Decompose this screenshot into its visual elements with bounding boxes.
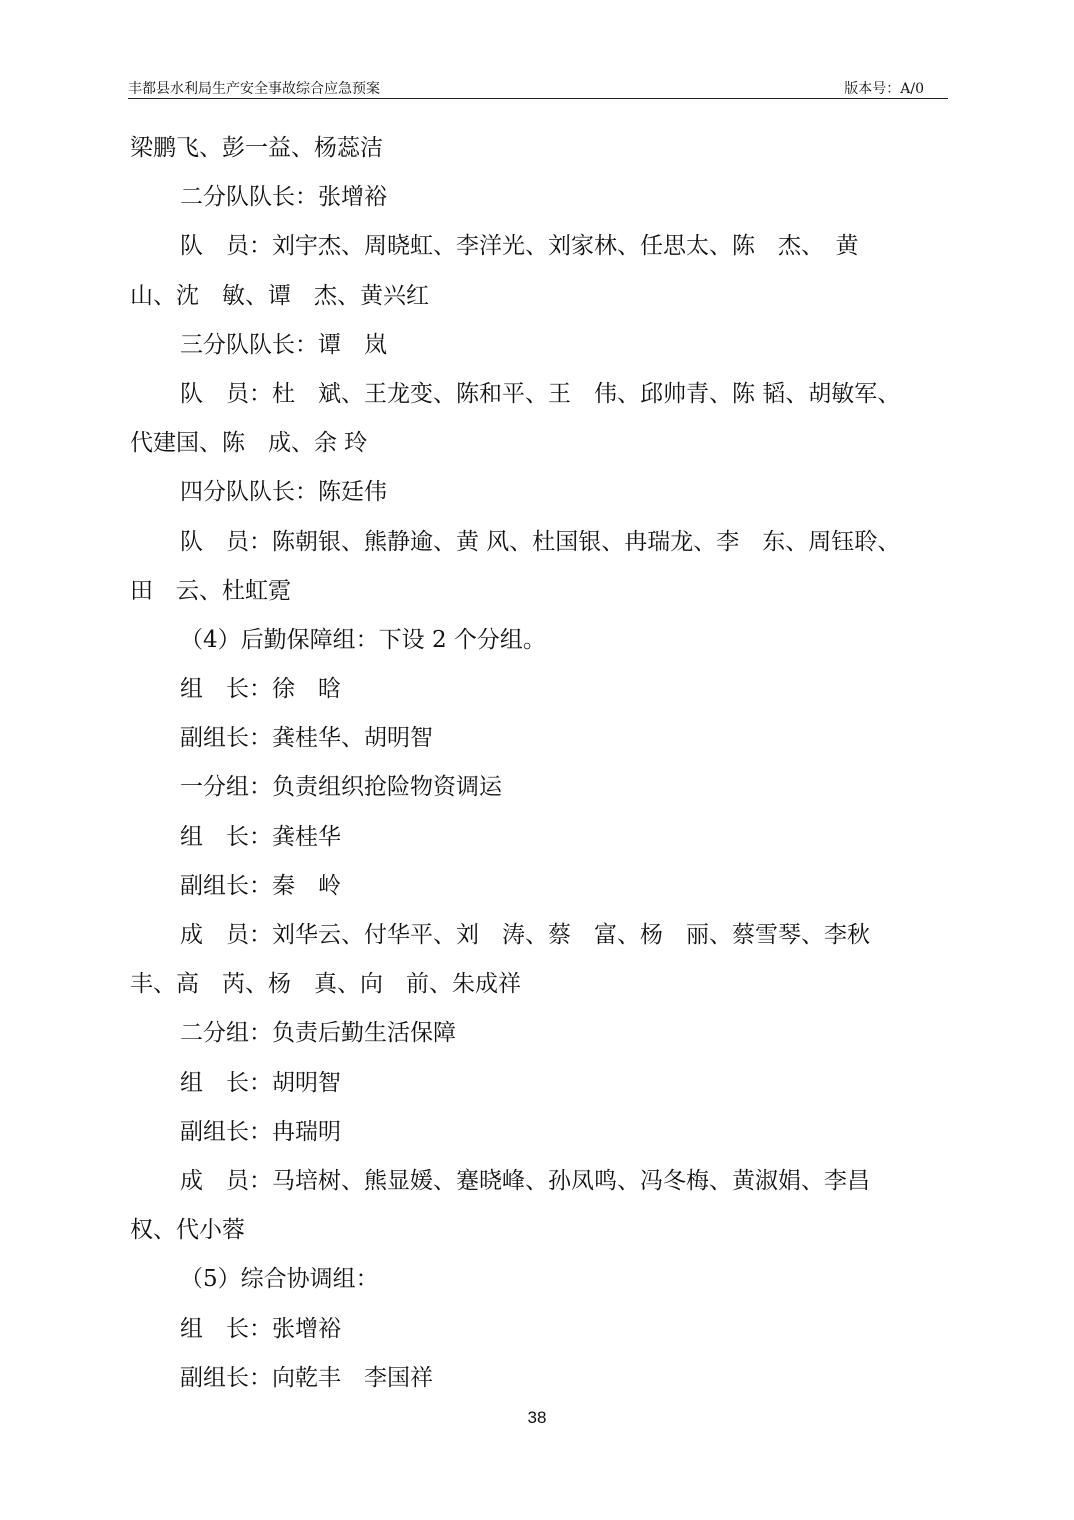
document-title: 丰都县水利局生产安全事故综合应急预案 [128, 78, 380, 98]
logistics-leader: 组 长：徐 晗 [130, 665, 950, 714]
document-body: 梁鹏飞、彭一益、杨蕊洁 二分队队长：张增裕 队 员：刘宇杰、周晓虹、李洋光、刘家… [130, 124, 950, 1403]
subgroup1-leader: 组 长：龚桂华 [130, 813, 950, 862]
text-line: 代建国、陈 成、余 玲 [130, 419, 950, 468]
subgroup1-deputy: 副组长：秦 岭 [130, 862, 950, 911]
subgroup1-duty: 一分组：负责组织抢险物资调运 [130, 763, 950, 812]
subgroup2-deputy: 副组长：冉瑞明 [130, 1108, 950, 1157]
text-line: 山、沈 敏、谭 杰、黄兴红 [130, 272, 950, 321]
subgroup2-leader: 组 长：胡明智 [130, 1059, 950, 1108]
page-number: 38 [0, 1408, 1074, 1428]
section-heading-coordination: （5）综合协调组： [130, 1255, 950, 1304]
team4-members: 队 员：陈朝银、熊静逾、黄 风、杜国银、冉瑞龙、李 东、周钰聆、 [130, 518, 950, 567]
section-heading-logistics: （4）后勤保障组：下设 2 个分组。 [130, 616, 950, 665]
version-number: 版本号：A/0 [844, 78, 924, 98]
page-header: 丰都县水利局生产安全事故综合应急预案 版本号：A/0 [128, 76, 948, 99]
coordination-deputy: 副组长：向乾丰 李国祥 [130, 1354, 950, 1403]
team2-members: 队 员：刘宇杰、周晓虹、李洋光、刘家林、任思太、陈 杰、 黄 [130, 222, 950, 271]
text-line: 丰、高 芮、杨 真、向 前、朱成祥 [130, 960, 950, 1009]
text-line: 梁鹏飞、彭一益、杨蕊洁 [130, 124, 950, 173]
subgroup1-members: 成 员：刘华云、付华平、刘 涛、蔡 富、杨 丽、蔡雪琴、李秋 [130, 911, 950, 960]
subgroup2-members: 成 员：马培树、熊显媛、蹇晓峰、孙凤鸣、冯冬梅、黄淑娟、李昌 [130, 1157, 950, 1206]
text-line: 权、代小蓉 [130, 1206, 950, 1255]
coordination-leader: 组 长：张增裕 [130, 1305, 950, 1354]
team2-leader: 二分队队长：张增裕 [130, 173, 950, 222]
team3-members: 队 员：杜 斌、王龙变、陈和平、王 伟、邱帅青、陈 韬、胡敏军、 [130, 370, 950, 419]
text-line: 田 云、杜虹霓 [130, 567, 950, 616]
team3-leader: 三分队队长：谭 岚 [130, 321, 950, 370]
team4-leader: 四分队队长：陈廷伟 [130, 468, 950, 517]
logistics-deputy: 副组长：龚桂华、胡明智 [130, 714, 950, 763]
subgroup2-duty: 二分组：负责后勤生活保障 [130, 1009, 950, 1058]
